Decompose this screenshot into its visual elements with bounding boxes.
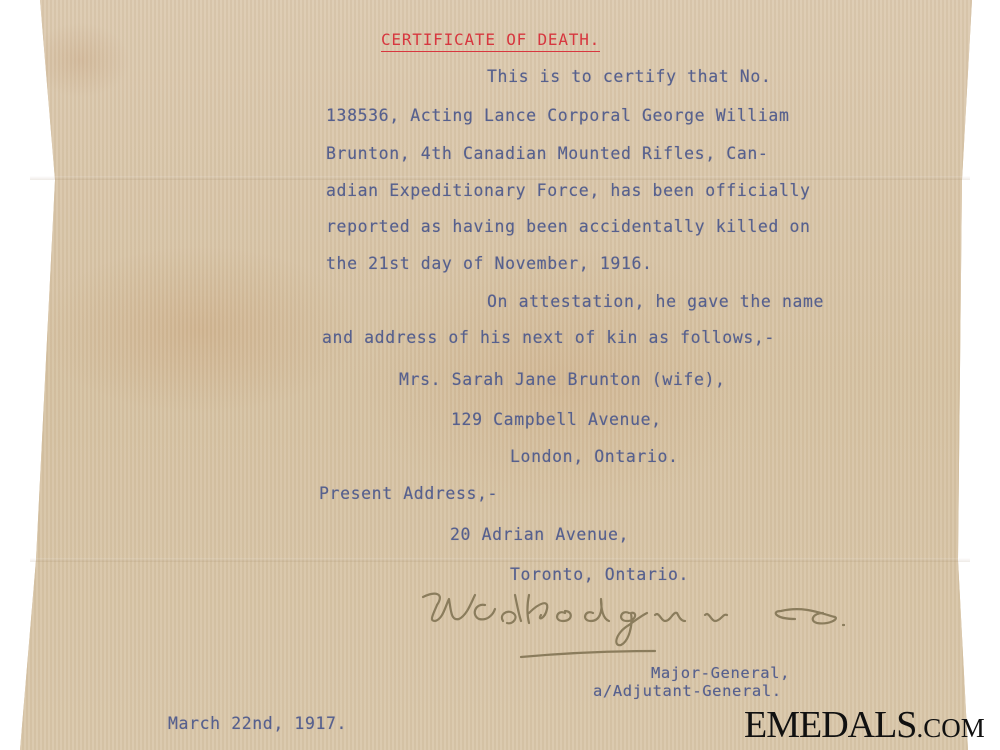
body-line-2: 138536, Acting Lance Corporal George Wil…: [326, 106, 790, 126]
present-address-label: Present Address,-: [319, 484, 498, 504]
body-line-6: the 21st day of November, 1916.: [326, 254, 653, 274]
next-of-kin-name: Mrs. Sarah Jane Brunton (wife),: [399, 370, 726, 390]
emedals-watermark: EMEDALS.COM: [744, 703, 985, 750]
signatory-title-1: Major-General,: [651, 664, 790, 682]
certificate-date: March 22nd, 1917.: [168, 714, 347, 734]
present-address-street: 20 Adrian Avenue,: [450, 525, 629, 545]
kin-address-street: 129 Campbell Avenue,: [451, 410, 662, 430]
signatory-title-2: a/Adjutant-General.: [593, 682, 782, 700]
present-address-city: Toronto, Ontario.: [510, 565, 689, 585]
document-photo: CERTIFICATE OF DEATH. This is to certify…: [0, 0, 1000, 750]
attestation-line: On attestation, he gave the name: [487, 292, 824, 312]
body-line-5: reported as having been accidentally kil…: [326, 217, 811, 237]
handwritten-signature: [415, 585, 845, 665]
next-of-kin-intro: and address of his next of kin as follow…: [322, 328, 775, 348]
watermark-domain: .COM: [916, 713, 984, 743]
fold-crease-bottom: [30, 558, 970, 562]
kin-address-city: London, Ontario.: [510, 447, 679, 467]
body-line-4: adian Expeditionary Force, has been offi…: [326, 181, 811, 201]
certificate-title: CERTIFICATE OF DEATH.: [381, 30, 600, 52]
body-line-3: Brunton, 4th Canadian Mounted Rifles, Ca…: [326, 144, 768, 164]
fold-crease-top: [30, 176, 970, 180]
certify-line: This is to certify that No.: [487, 67, 771, 87]
watermark-main: EMEDALS: [744, 704, 916, 746]
